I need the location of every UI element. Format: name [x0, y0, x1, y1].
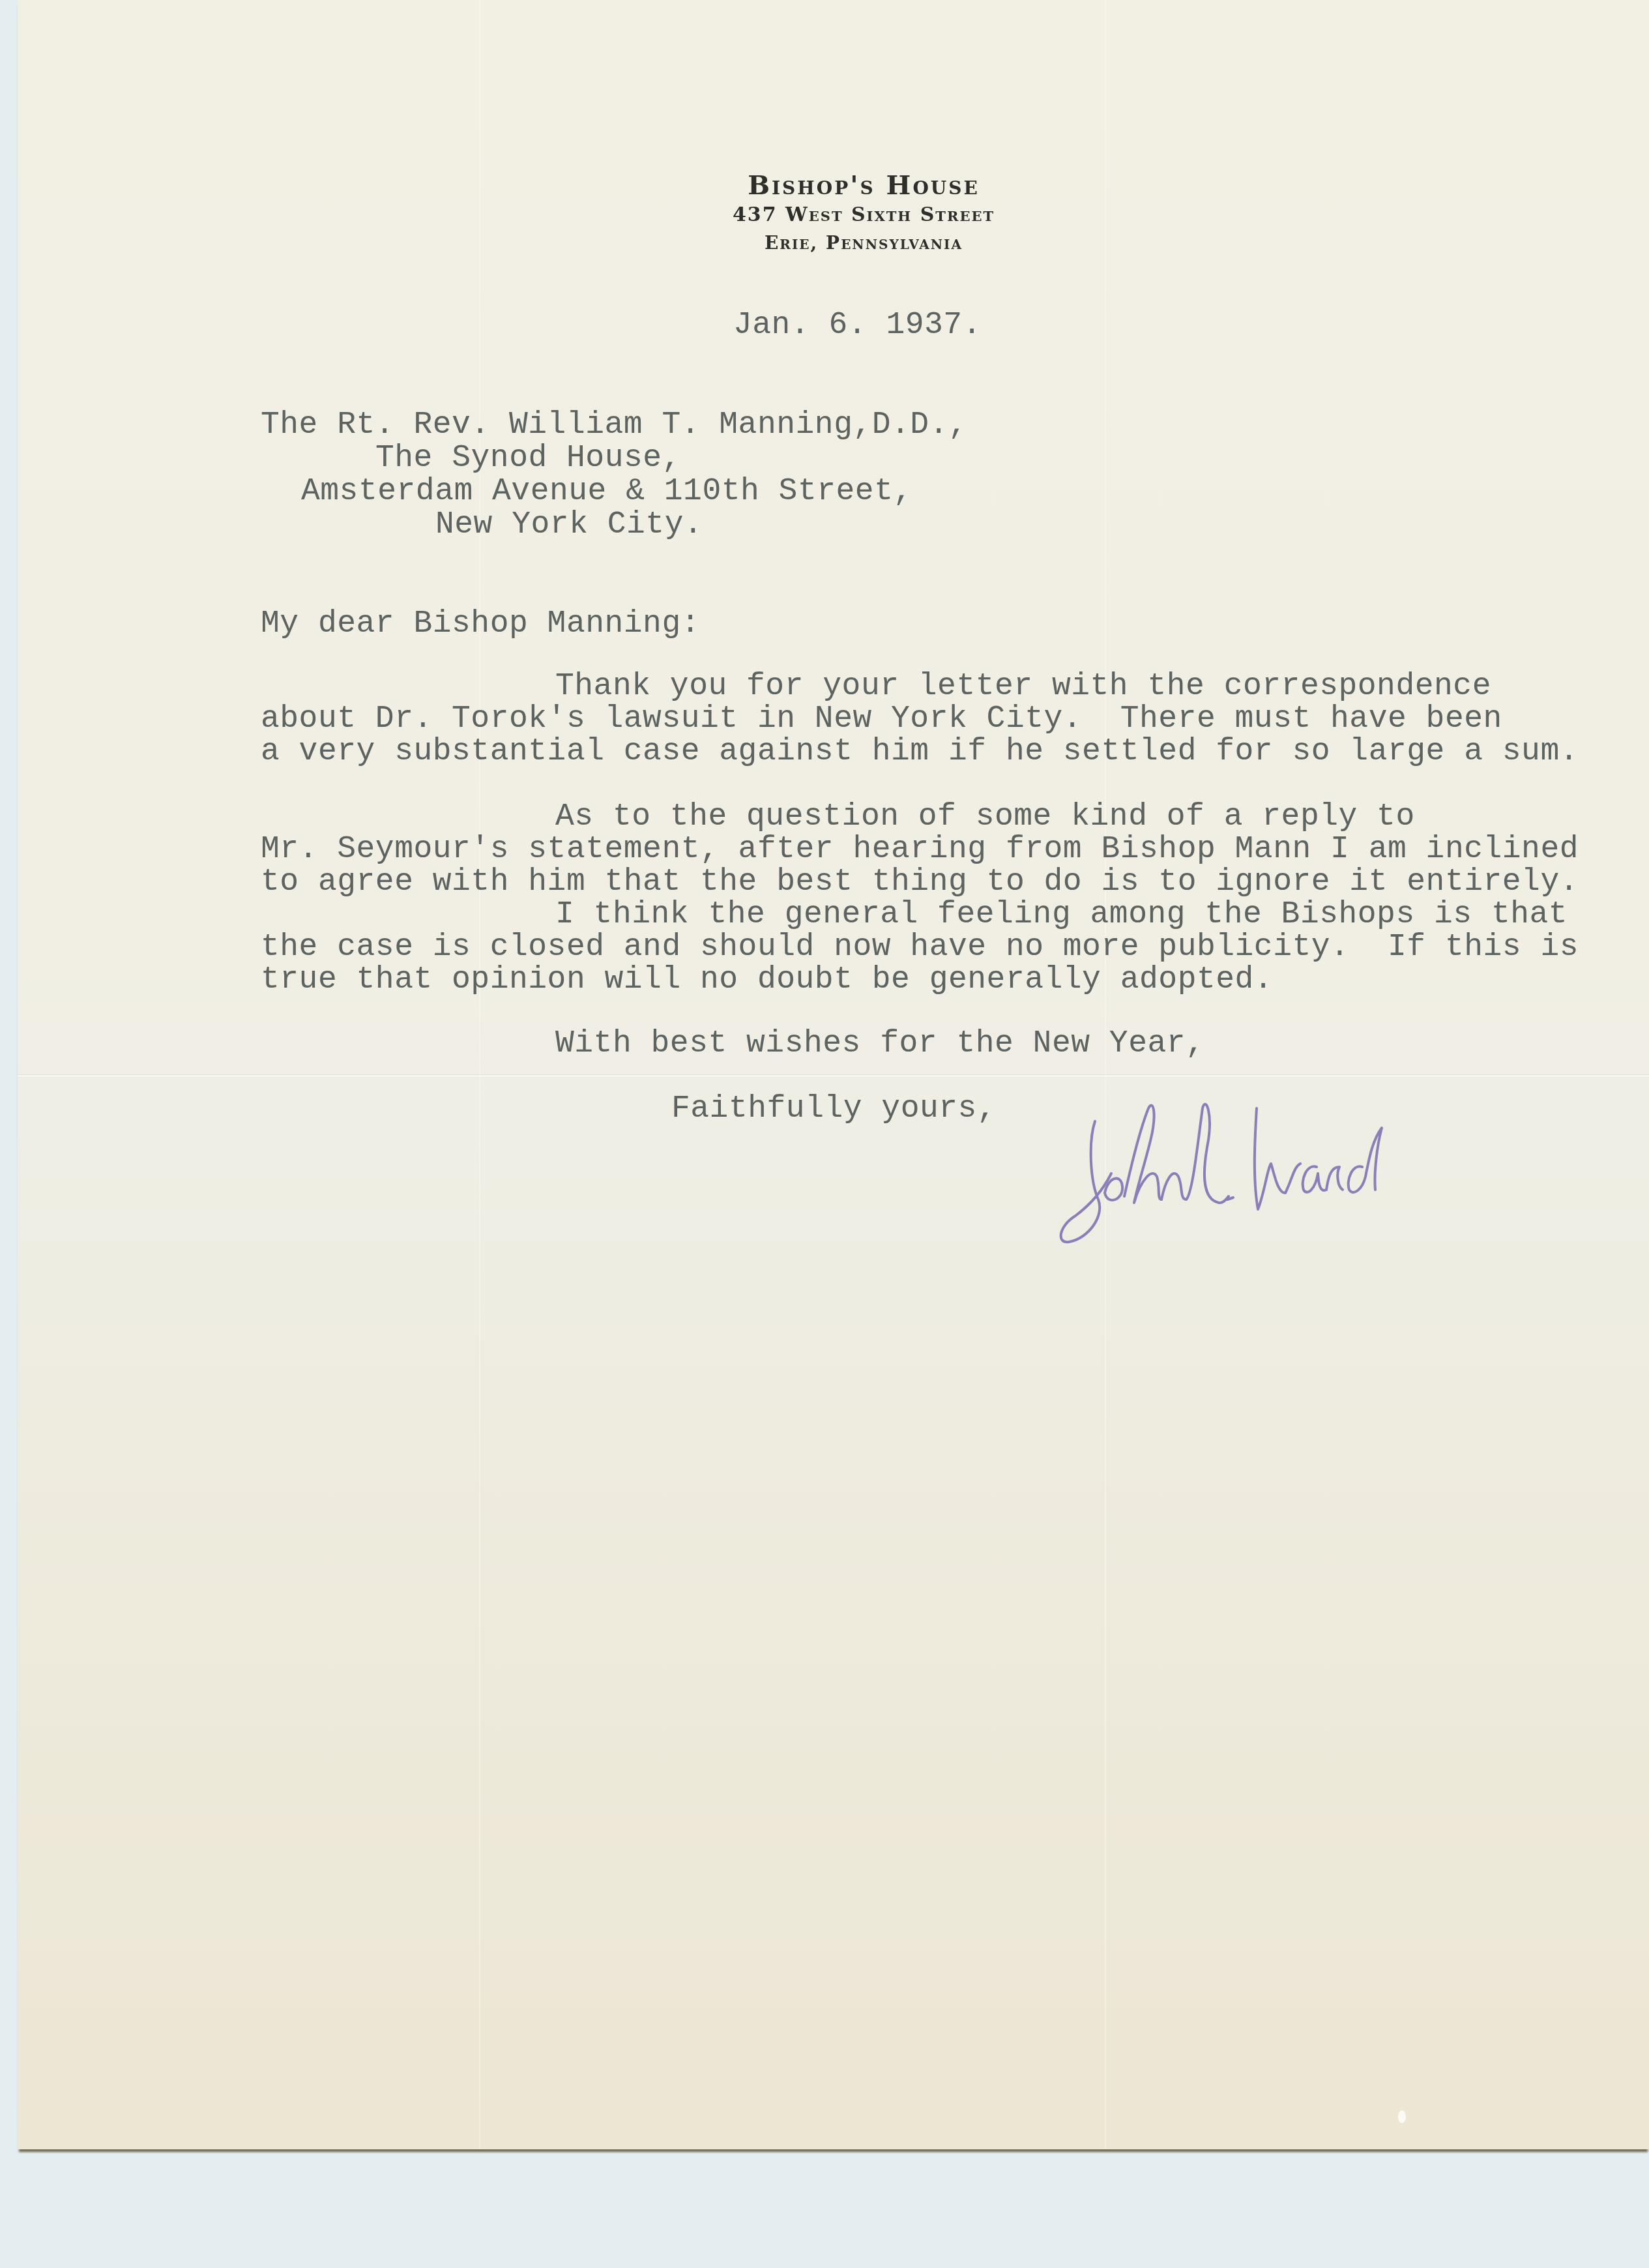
body-line: Thank you for your letter with the corre… [555, 670, 1491, 703]
recipient-line-3: Amsterdam Avenue & 110th Street, [301, 475, 912, 508]
paper-scuff [1398, 2110, 1406, 2123]
letterhead: Bishop's House 437 West Sixth Street Eri… [652, 171, 1075, 257]
letterhead-city: Erie, Pennsylvania [652, 229, 1075, 257]
body-line: a very substantial case against him if h… [261, 735, 1579, 768]
closing-wish: With best wishes for the New Year, [555, 1027, 1204, 1060]
recipient-line-2: The Synod House, [375, 442, 681, 475]
body-line: the case is closed and should now have n… [261, 931, 1579, 964]
recipient-line-1: The Rt. Rev. William T. Manning,D.D., [261, 409, 967, 441]
signature: John C. Ward [1043, 1102, 1447, 1265]
letterhead-name: Bishop's House [652, 171, 1075, 201]
fold-line [18, 1074, 1649, 1078]
letterhead-street: 437 West Sixth Street [652, 201, 1075, 229]
body-line: true that opinion will no doubt be gener… [261, 964, 1273, 996]
recipient-line-4: New York City. [435, 508, 703, 541]
body-line: As to the question of some kind of a rep… [555, 801, 1415, 833]
salutation: My dear Bishop Manning: [261, 608, 700, 640]
body-line: to agree with him that the best thing to… [261, 866, 1579, 898]
letter-date: Jan. 6. 1937. [733, 309, 982, 342]
body-line: Mr. Seymour's statement, after hearing f… [261, 833, 1579, 866]
body-line: I think the general feeling among the Bi… [555, 898, 1568, 931]
body-line: about Dr. Torok's lawsuit in New York Ci… [261, 703, 1502, 735]
valediction: Faithfully yours, [671, 1093, 996, 1125]
